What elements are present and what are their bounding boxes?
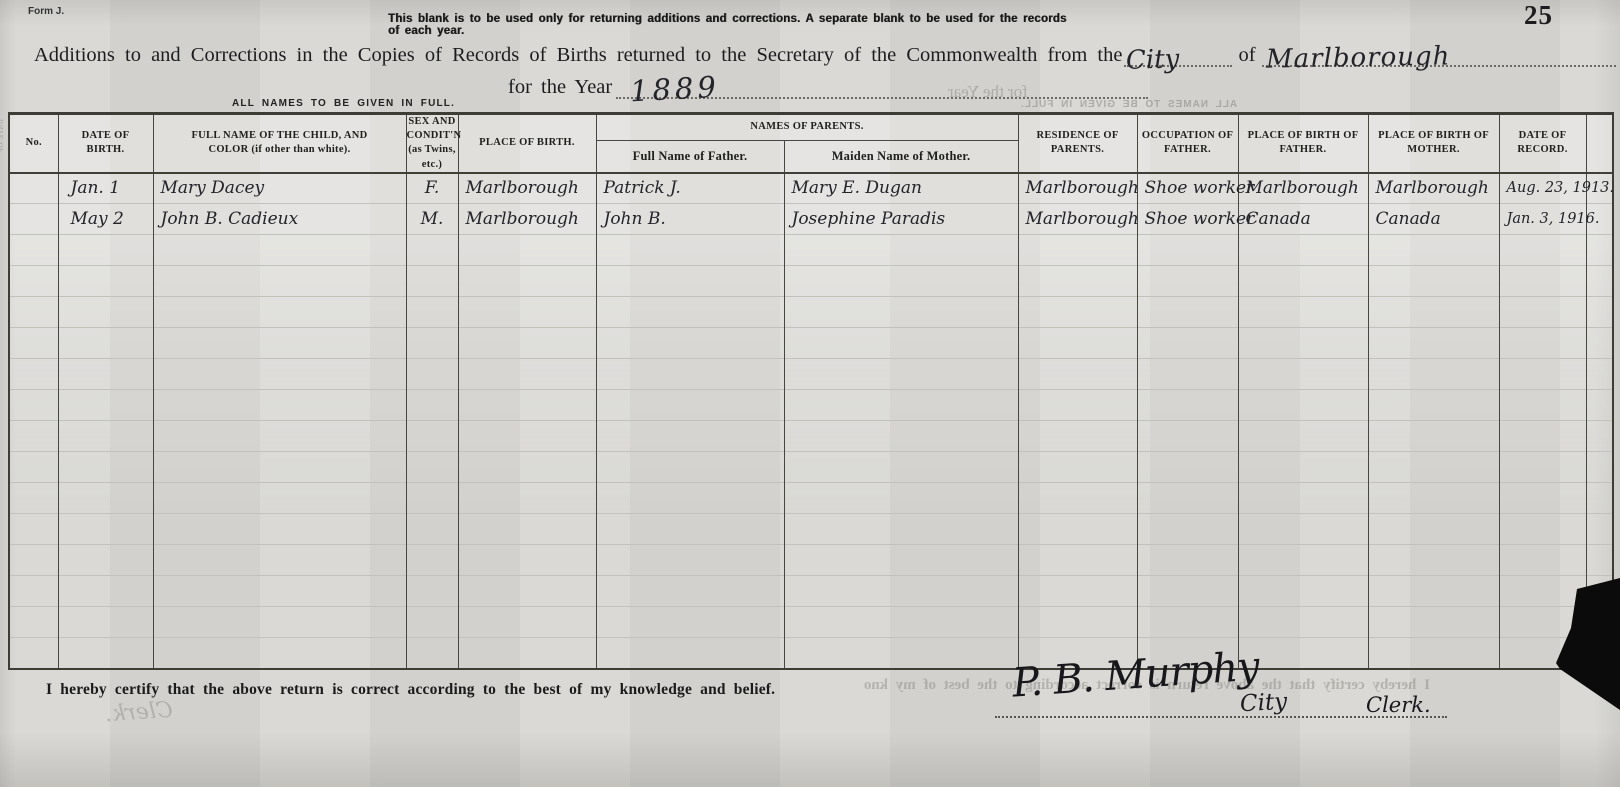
scanned-birth-record-page: Form J. This blank is to be used only fo… [0,0,1620,787]
cell-occupation: Shoe worker [1137,173,1238,204]
empty-cell [1238,359,1368,390]
empty-cell [1586,514,1613,545]
empty-cell [596,483,784,514]
cell-child-name: John B. Cadieux [153,204,406,235]
empty-cell [1586,328,1613,359]
page-number: 25 [1524,0,1553,31]
empty-cell [784,390,1018,421]
empty-cell [1499,483,1586,514]
empty-cell [1499,297,1586,328]
header-father-birthplace: PLACE OF BIRTH OF FATHER. [1238,114,1368,173]
cell-place-of-birth: Marlborough [458,173,596,204]
empty-cell [1586,390,1613,421]
empty-cell [1368,235,1499,266]
empty-cell [406,266,458,297]
empty-cell [153,638,406,669]
empty-cell [1499,421,1586,452]
empty-cell [1368,452,1499,483]
empty-cell [784,359,1018,390]
empty-cell [784,514,1018,545]
empty-cell [458,452,596,483]
empty-cell [1238,607,1368,638]
torn-corner-shadow [1540,570,1620,720]
empty-cell [406,545,458,576]
table-row-empty [9,266,1613,297]
empty-cell [1238,390,1368,421]
empty-cell [1018,514,1137,545]
empty-cell [784,328,1018,359]
empty-cell [406,328,458,359]
empty-cell [1499,452,1586,483]
empty-cell [406,297,458,328]
empty-cell [153,545,406,576]
ghost-clerk-text: Clerk. [104,698,173,728]
cell-father-name: John B. [596,204,784,235]
empty-cell [1137,576,1238,607]
empty-cell [1018,545,1137,576]
empty-cell [784,266,1018,297]
empty-cell [9,390,58,421]
empty-cell [784,421,1018,452]
table-row-empty [9,545,1613,576]
table-row-empty [9,638,1613,669]
empty-cell [1586,297,1613,328]
empty-cell [1499,359,1586,390]
empty-cell [406,607,458,638]
empty-cell [1368,266,1499,297]
form-title-of: of [1238,44,1255,67]
table-row-empty [9,359,1613,390]
empty-cell [1137,452,1238,483]
empty-cell [1018,576,1137,607]
empty-cell [1137,297,1238,328]
empty-cell [1586,421,1613,452]
empty-cell [406,483,458,514]
year-label: for the Year [508,76,612,99]
empty-cell [1238,266,1368,297]
city-or-town-blank: City [1124,45,1232,67]
header-parents-group: NAMES OF PARENTS. [596,114,1018,141]
empty-cell [1238,297,1368,328]
empty-cell [596,235,784,266]
empty-cell [596,514,784,545]
empty-cell [1368,545,1499,576]
empty-cell [1137,235,1238,266]
birth-records-table: No. DATE OF BIRTH. FULL NAME OF THE CHIL… [8,112,1614,670]
table-row-empty [9,328,1613,359]
cell-sex: F. [406,173,458,204]
empty-cell [1586,235,1613,266]
empty-cell [58,514,153,545]
header-mother-birthplace: PLACE OF BIRTH OF MOTHER. [1368,114,1499,173]
top-notice: This blank is to be used only for return… [388,13,1078,37]
empty-cell [9,235,58,266]
empty-cell [9,607,58,638]
empty-cell [58,390,153,421]
empty-cell [1499,328,1586,359]
empty-cell [1238,576,1368,607]
empty-cell [58,359,153,390]
empty-cell [1018,607,1137,638]
empty-cell [784,545,1018,576]
table-row-record-1: Jan. 1 Mary Dacey F. Marlborough Patrick… [9,173,1613,204]
cell-father-name: Patrick J. [596,173,784,204]
empty-cell [1368,297,1499,328]
form-title: Additions to and Corrections in the Copi… [34,44,1616,67]
empty-cell [1238,514,1368,545]
empty-cell [1368,359,1499,390]
cell-date-of-birth: May 2 [58,204,153,235]
empty-cell [1499,514,1586,545]
empty-cell [1499,235,1586,266]
empty-cell [1499,266,1586,297]
cell-mother-birthplace: Marlborough [1368,173,1499,204]
empty-cell [458,514,596,545]
cell-date-of-birth: Jan. 1 [58,173,153,204]
cell-mother-name: Mary E. Dugan [784,173,1018,204]
cell-no [9,173,58,204]
empty-cell [58,421,153,452]
cell-date-of-record: Aug. 23, 1913. [1499,173,1586,204]
empty-cell [406,638,458,669]
empty-cell [458,266,596,297]
empty-cell [1018,235,1137,266]
year-line: for the Year 1889 [508,76,1148,99]
signature-dotted-line [995,716,1447,718]
table-row-record-2: May 2 John B. Cadieux M. Marlborough Joh… [9,204,1613,235]
empty-cell [58,266,153,297]
empty-cell [1018,266,1137,297]
empty-cell [1586,266,1613,297]
empty-cell [1137,266,1238,297]
municipality-handwritten: Marlborough [1265,41,1450,74]
header-child-name: FULL NAME OF THE CHILD, AND COLOR (if ot… [153,114,406,173]
empty-cell [153,483,406,514]
empty-cell [58,483,153,514]
empty-cell [153,576,406,607]
empty-cell [1018,483,1137,514]
header-sex: SEX AND CONDIT'N (as Twins, etc.) [406,114,458,173]
empty-cell [153,359,406,390]
empty-cell [596,328,784,359]
empty-cell [58,576,153,607]
empty-cell [1018,421,1137,452]
header-mother-name: Maiden Name of Mother. [784,140,1018,172]
empty-cell [1137,359,1238,390]
empty-cell [58,297,153,328]
empty-cell [458,359,596,390]
cell-father-birthplace: Marlborough [1238,173,1368,204]
empty-cell [458,576,596,607]
empty-cell [9,638,58,669]
empty-cell [153,514,406,545]
empty-cell [1238,235,1368,266]
empty-cell [1137,390,1238,421]
empty-cell [1586,483,1613,514]
cell-father-birthplace: Canada [1238,204,1368,235]
table-row-empty [9,576,1613,607]
cell-mother-name: Josephine Paradis [784,204,1018,235]
ghost-left-margin-text: DATE OF [0,119,5,153]
empty-cell [784,483,1018,514]
empty-cell [1368,390,1499,421]
empty-cell [58,235,153,266]
cell-child-name: Mary Dacey [153,173,406,204]
cell-residence: Marlborough [1018,204,1137,235]
header-occupation: OCCUPATION OF FATHER. [1137,114,1238,173]
empty-cell [458,638,596,669]
empty-cell [596,576,784,607]
empty-cell [458,235,596,266]
empty-cell [784,297,1018,328]
certification-statement: I hereby certify that the above return i… [46,681,775,699]
empty-cell [458,607,596,638]
empty-cell [9,359,58,390]
header-father-name: Full Name of Father. [596,140,784,172]
empty-cell [406,390,458,421]
empty-cell [1137,421,1238,452]
empty-cell [9,266,58,297]
cell-place-of-birth: Marlborough [458,204,596,235]
empty-cell [1238,452,1368,483]
empty-cell [1368,483,1499,514]
empty-cell [1238,483,1368,514]
cell-occupation: Shoe worker [1137,204,1238,235]
empty-cell [9,576,58,607]
empty-cell [1238,421,1368,452]
header-margin-strip [1586,114,1613,173]
table-row-empty [9,452,1613,483]
empty-cell [458,328,596,359]
header-no: No. [9,114,58,173]
empty-cell [784,235,1018,266]
empty-cell [1137,483,1238,514]
empty-cell [9,328,58,359]
empty-cell [9,297,58,328]
table-row-empty [9,483,1613,514]
empty-cell [406,235,458,266]
empty-cell [784,638,1018,669]
empty-cell [1018,452,1137,483]
empty-cell [1238,328,1368,359]
empty-cell [596,607,784,638]
empty-cell [1018,359,1137,390]
empty-cell [1238,545,1368,576]
form-label: Form J. [28,6,64,17]
year-handwritten: 1889 [629,70,720,109]
empty-cell [784,452,1018,483]
empty-cell [153,266,406,297]
cell-sex: M. [406,204,458,235]
empty-cell [58,545,153,576]
empty-cell [458,390,596,421]
empty-cell [596,638,784,669]
year-blank: 1889 [616,77,1148,99]
header-place-of-birth: PLACE OF BIRTH. [458,114,596,173]
empty-cell [1586,452,1613,483]
empty-cell [9,483,58,514]
empty-cell [9,514,58,545]
empty-cell [58,638,153,669]
empty-cell [784,607,1018,638]
empty-cell [406,359,458,390]
table-row-empty [9,235,1613,266]
empty-cell [1368,576,1499,607]
empty-cell [406,421,458,452]
form-title-text: Additions to and Corrections in the Copi… [34,44,1122,67]
empty-cell [596,452,784,483]
empty-cell [1018,390,1137,421]
empty-cell [596,297,784,328]
empty-cell [1137,514,1238,545]
municipality-blank: Marlborough [1262,45,1616,67]
cell-mother-birthplace: Canada [1368,204,1499,235]
empty-cell [596,359,784,390]
cell-residence: Marlborough [1018,173,1137,204]
empty-cell [1137,607,1238,638]
empty-cell [458,297,596,328]
empty-cell [58,607,153,638]
empty-cell [9,452,58,483]
ghost-all-names-note: ALL NAMES TO BE GIVEN IN FULL. [1020,99,1237,110]
empty-cell [153,390,406,421]
table-row-empty [9,390,1613,421]
table-body: Jan. 1 Mary Dacey F. Marlborough Patrick… [9,173,1613,669]
empty-cell [596,266,784,297]
empty-cell [458,483,596,514]
empty-cell [1018,297,1137,328]
empty-cell [458,545,596,576]
empty-cell [1586,359,1613,390]
empty-cell [1368,514,1499,545]
table-row-empty [9,607,1613,638]
empty-cell [1368,421,1499,452]
empty-cell [9,545,58,576]
empty-cell [153,421,406,452]
city-or-town-handwritten: City [1126,44,1180,76]
empty-cell [58,452,153,483]
empty-cell [153,607,406,638]
cell-no [9,204,58,235]
header-date-of-birth: DATE OF BIRTH. [58,114,153,173]
empty-cell [1137,545,1238,576]
table-row-empty [9,514,1613,545]
empty-cell [1137,328,1238,359]
empty-cell [1368,638,1499,669]
empty-cell [596,545,784,576]
empty-cell [153,328,406,359]
table-row-empty [9,421,1613,452]
header-date-of-record: DATE OF RECORD. [1499,114,1586,173]
empty-cell [153,297,406,328]
empty-cell [1018,328,1137,359]
empty-cell [596,390,784,421]
empty-cell [1368,328,1499,359]
empty-cell [596,421,784,452]
signature-role-handwritten: Clerk. [1366,693,1431,717]
header-residence: RESIDENCE OF PARENTS. [1018,114,1137,173]
empty-cell [58,328,153,359]
empty-cell [406,452,458,483]
empty-cell [458,421,596,452]
empty-cell [406,576,458,607]
empty-cell [1368,607,1499,638]
empty-cell [9,421,58,452]
empty-cell [153,235,406,266]
cell-date-of-record: Jan. 3, 1916. [1499,204,1586,235]
all-names-note: ALL NAMES TO BE GIVEN IN FULL. [232,98,455,109]
empty-cell [153,452,406,483]
empty-cell [1499,390,1586,421]
empty-cell [784,576,1018,607]
signature-office-handwritten: City [1239,689,1287,717]
table-row-empty [9,297,1613,328]
empty-cell [406,514,458,545]
